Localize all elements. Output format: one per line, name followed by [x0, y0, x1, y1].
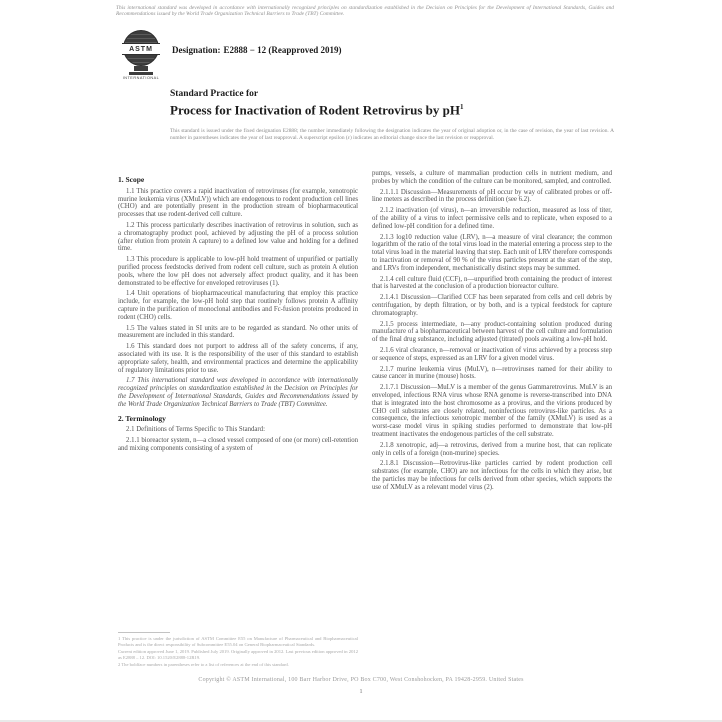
- designation-value: E2888 − 12 (Reapproved 2019): [224, 45, 342, 55]
- body-paragraph: pumps, vessels, a culture of mammalian p…: [372, 170, 612, 186]
- body-paragraph: 2.1.8.1 Discussion—Retrovirus-like parti…: [372, 460, 612, 491]
- footnote-block: 1 This practice is under the jurisdictio…: [118, 628, 358, 670]
- astm-logo: ASTM INTERNATIONAL: [117, 30, 165, 80]
- body-paragraph: 2.1.8 xenotropic, adj—a retrovirus, deri…: [372, 442, 612, 458]
- document-page: This international standard was develope…: [0, 0, 722, 722]
- body-paragraph: 2.1.7.1 Discussion—MuLV is a member of t…: [372, 384, 612, 439]
- body-paragraph: 1.2 This process particularly describes …: [118, 222, 358, 253]
- body-paragraph: 2.1.1 bioreactor system, n—a closed vess…: [118, 437, 358, 453]
- page-number: 1: [0, 688, 722, 695]
- body-paragraph: 2.1.3 log10 reduction value (LRV), n—a m…: [372, 234, 612, 273]
- body-paragraph: 1.6 This standard does not purport to ad…: [118, 343, 358, 374]
- body-paragraph: 2.1.5 process intermediate, n—any produc…: [372, 321, 612, 344]
- body-paragraph: 2.1.4.1 Discussion—Clarified CCF has bee…: [372, 294, 612, 317]
- astm-globe-icon: ASTM: [123, 30, 159, 66]
- body-paragraph: 2.1.7 murine leukemia virus (MuLV), n—re…: [372, 366, 612, 382]
- body-paragraph: 2.1.6 viral clearance, n—removal or inac…: [372, 347, 612, 363]
- title-block: Standard Practice for Process for Inacti…: [170, 89, 614, 117]
- tbt-standard-notice: This international standard was develope…: [116, 5, 614, 18]
- left-column-paragraphs: 1. Scope1.1 This practice covers a rapid…: [118, 170, 358, 456]
- body-paragraph: 1.3 This procedure is applicable to low-…: [118, 256, 358, 287]
- body-paragraph: 1.1 This practice covers a rapid inactiv…: [118, 188, 358, 219]
- astm-logo-subtext: INTERNATIONAL: [117, 76, 165, 80]
- column-left: 1. Scope1.1 This practice covers a rapid…: [118, 170, 358, 670]
- body-paragraph: 1.4 Unit operations of biopharmaceutical…: [118, 290, 358, 321]
- page-title: Process for Inactivation of Rodent Retro…: [170, 100, 614, 117]
- body-columns: 1. Scope1.1 This practice covers a rapid…: [118, 170, 612, 670]
- body-paragraph: 2.1.4 cell culture fluid (CCF), n—unpuri…: [372, 276, 612, 292]
- footnote-line: 2 The boldface numbers in parentheses re…: [118, 662, 358, 668]
- body-paragraph: 2.1 Definitions of Terms Specific to Thi…: [118, 426, 358, 434]
- designation-line: Designation:E2888 − 12 (Reapproved 2019): [172, 45, 341, 55]
- issuance-note: This standard is issued under the fixed …: [170, 128, 614, 142]
- title-footnote-marker: 1: [460, 103, 464, 111]
- section-heading: 1. Scope: [118, 176, 358, 184]
- footnote-line: Current edition approved June 1, 2019. P…: [118, 649, 358, 660]
- body-paragraph: 2.1.2 inactivation (of virus), n—an irre…: [372, 207, 612, 230]
- section-heading: 2. Terminology: [118, 415, 358, 423]
- footnote-divider: [118, 632, 170, 633]
- designation-label: Designation:: [172, 45, 221, 55]
- astm-logo-foot: [129, 72, 153, 75]
- body-paragraph: 1.5 The values stated in SI units are to…: [118, 325, 358, 341]
- title-kicker: Standard Practice for: [170, 89, 614, 100]
- body-paragraph: 1.7 This international standard was deve…: [118, 377, 358, 408]
- body-paragraph: 2.1.1.1 Discussion—Measurements of pH oc…: [372, 189, 612, 205]
- column-right: pumps, vessels, a culture of mammalian p…: [372, 170, 612, 670]
- right-column-paragraphs: pumps, vessels, a culture of mammalian p…: [372, 170, 612, 494]
- footer-copyright: Copyright © ASTM International, 100 Barr…: [60, 677, 662, 683]
- astm-wordmark: ASTM: [129, 46, 153, 53]
- footnote-lines: 1 This practice is under the jurisdictio…: [118, 636, 358, 668]
- astm-logo-base: [134, 66, 148, 71]
- footnote-line: 1 This practice is under the jurisdictio…: [118, 636, 358, 647]
